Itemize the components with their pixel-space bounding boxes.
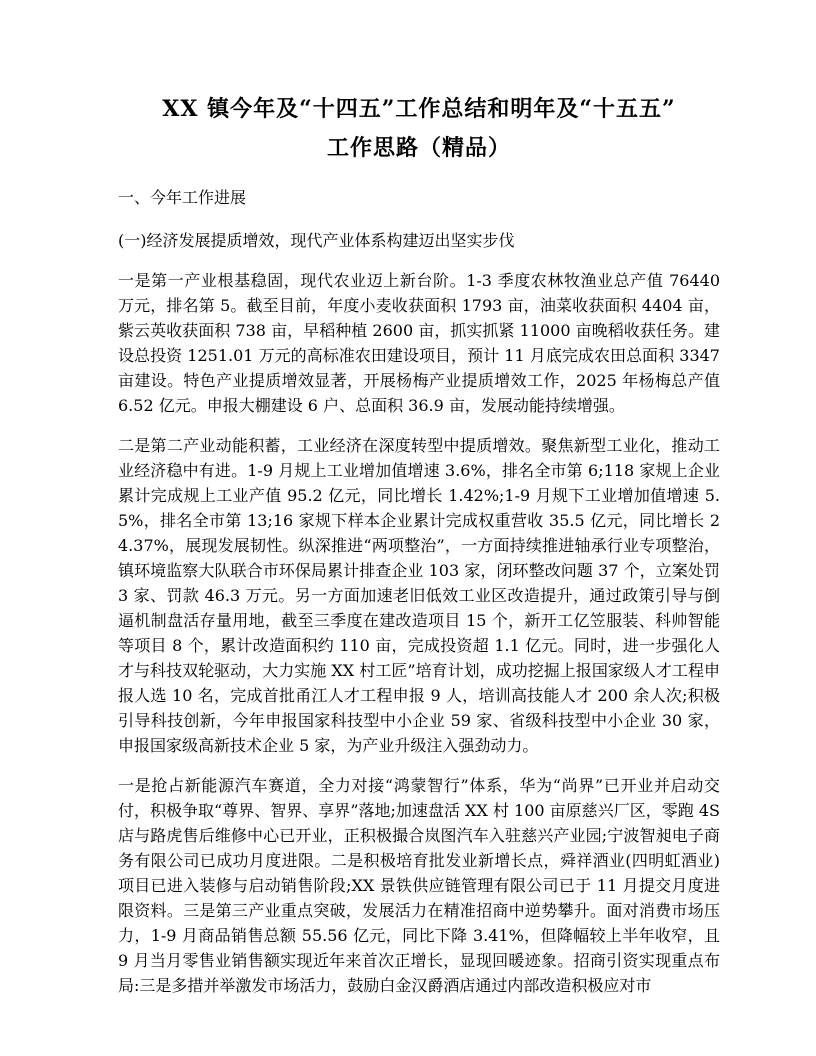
document-page: XX 镇今年及“十四五”工作总结和明年及“十五五” 工作思路（精品） 一、今年工… — [0, 0, 816, 1056]
document-title: XX 镇今年及“十四五”工作总结和明年及“十五五” 工作思路（精品） — [118, 90, 720, 168]
document-title-line-2: 工作思路（精品） — [118, 129, 720, 168]
body-paragraph-3: 一是抢占新能源汽车赛道，全力对接“鸿蒙智行”体系，华为“尚界”已开业并启动交付，… — [118, 773, 720, 998]
subsection-heading: (一)经济发展提质增效，现代产业体系构建迈出坚实步伐 — [118, 228, 720, 253]
document-title-line-1: XX 镇今年及“十四五”工作总结和明年及“十五五” — [118, 90, 720, 129]
body-paragraph-2: 二是第二产业动能积蓄，工业经济在深度转型中提质增效。聚焦新型工业化，推动工业经济… — [118, 433, 720, 758]
body-paragraph-1: 一是第一产业根基稳固，现代农业迈上新台阶。1-3 季度农林牧渔业总产值 7644… — [118, 268, 720, 418]
section-heading: 一、今年工作进展 — [118, 185, 720, 210]
